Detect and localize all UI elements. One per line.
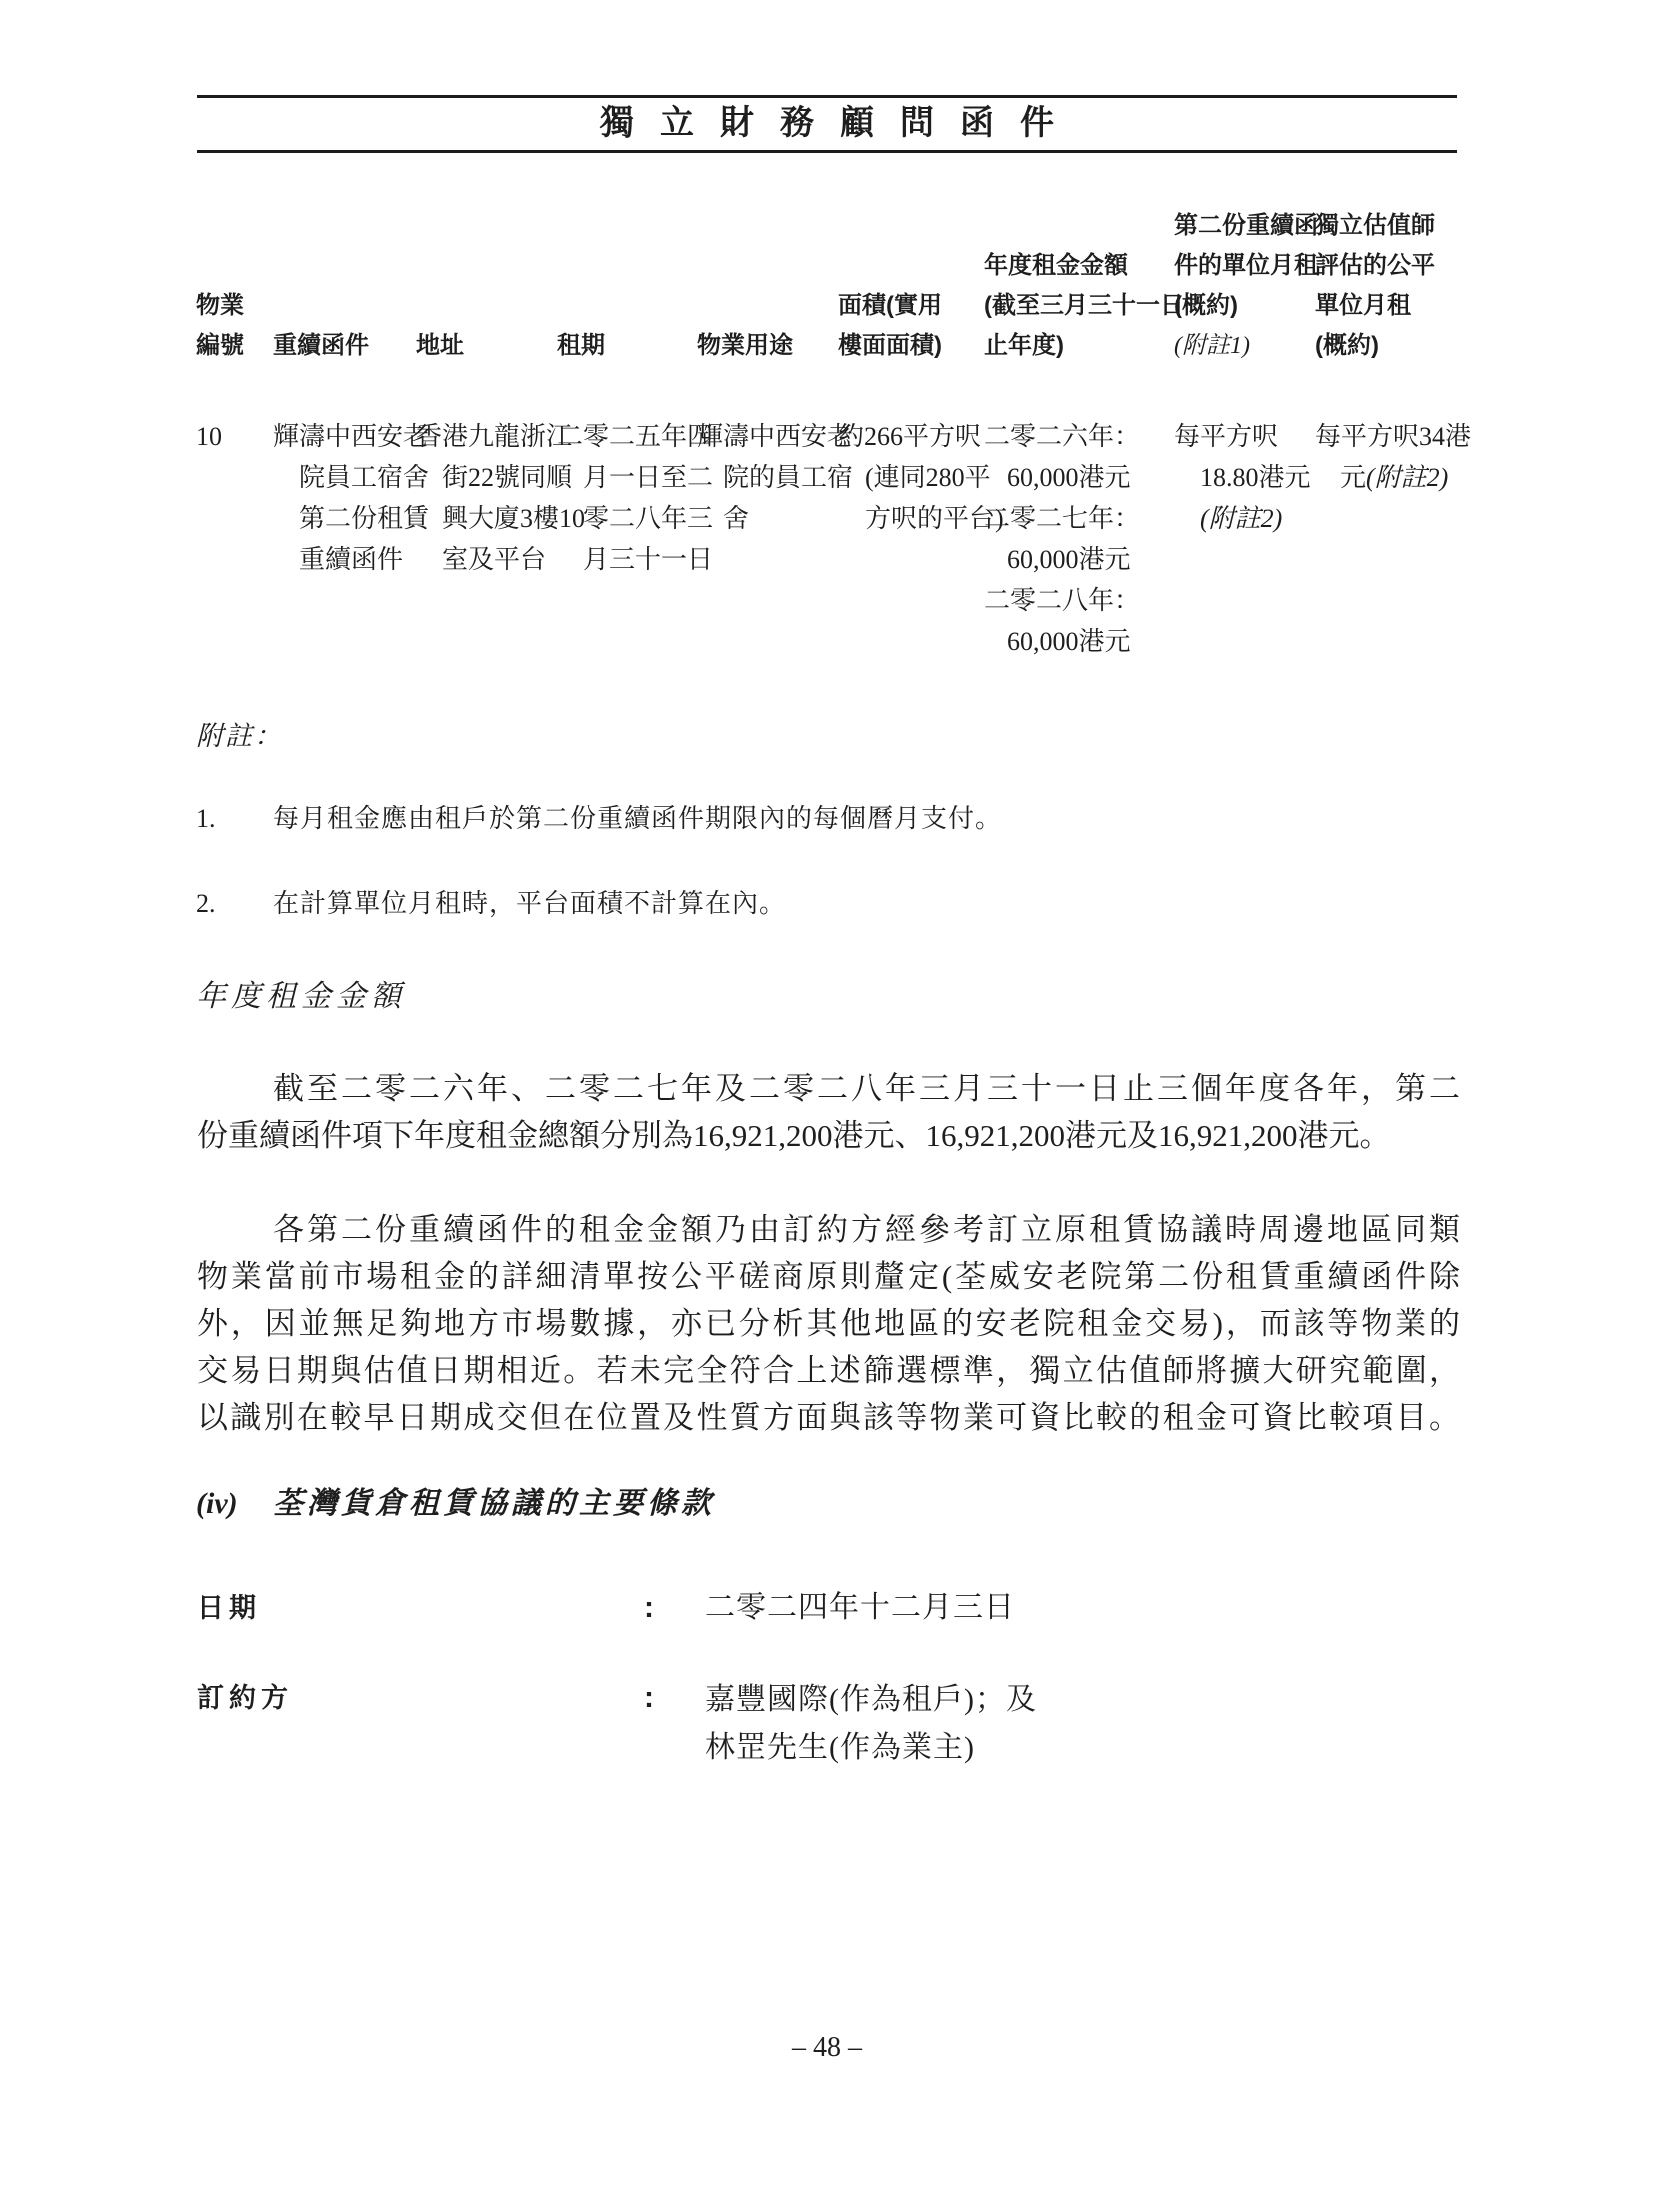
- table-header-term: 租期: [557, 326, 605, 366]
- table-cell-usage: 輝濤中西安老院的員工宿舍: [697, 416, 853, 539]
- paragraph-line: 物業當前市場租金的詳細清單按公平磋商原則釐定(荃威安老院第二份租賃重續函件除: [197, 1253, 1460, 1300]
- field-value-line: 嘉豐國際(作為租戶)；及: [705, 1676, 1037, 1724]
- table-cell-line: 方呎的平台): [838, 498, 1004, 539]
- table-header-property-no: 物業編號: [196, 286, 244, 366]
- table-header-line: 租期: [557, 326, 605, 366]
- table-header-line: 評估的公平: [1315, 246, 1435, 286]
- field-colon-date: :: [644, 1590, 654, 1626]
- table-header-line: 單位月租: [1315, 286, 1435, 326]
- table-header-line: 物業: [196, 286, 244, 326]
- table-header-line: 件的單位月租: [1174, 246, 1318, 286]
- field-label-parties: 訂約方: [197, 1680, 293, 1716]
- table-header-line: (附註1): [1174, 326, 1318, 366]
- header-rule-bottom: [197, 150, 1457, 153]
- table-cell-line: 輝濤中西安老: [273, 416, 429, 457]
- section-heading-warehouse-lease: 荃灣貨倉租賃協議的主要條款: [273, 1485, 715, 1523]
- table-cell-area: 約266平方呎(連同280平方呎的平台): [838, 416, 1004, 539]
- table-header-line: 地址: [416, 326, 464, 366]
- table-header-annual-rent: 年度租金金額(截至三月三十一日止年度): [984, 246, 1184, 366]
- table-cell-line: 60,000港元: [984, 621, 1140, 662]
- table-cell-line: 院的員工宿: [697, 457, 853, 498]
- table-header-line: 重續函件: [273, 326, 369, 366]
- table-header-line: 止年度): [984, 326, 1184, 366]
- table-cell-line: 院員工宿舍: [273, 457, 429, 498]
- table-cell-annual-rent: 二零二六年：60,000港元二零二七年：60,000港元二零二八年：60,000…: [984, 416, 1140, 662]
- table-cell-line: 18.80港元: [1174, 457, 1311, 498]
- table-cell-line: 舍: [697, 498, 853, 539]
- table-header-line: 物業用途: [697, 326, 793, 366]
- table-cell-line: 元(附註2): [1315, 457, 1471, 498]
- paragraph-line: 外，因並無足夠地方市場數據，亦已分析其他地區的安老院租金交易)，而該等物業的: [197, 1300, 1460, 1347]
- paragraph-line: 份重續函件項下年度租金總額分別為16,921,200港元、16,921,200港…: [197, 1112, 1460, 1159]
- table-cell-line: 零二八年三: [557, 498, 713, 539]
- note-2-reference: (附註2): [1366, 463, 1448, 492]
- table-cell-line: 月一日至二: [557, 457, 713, 498]
- table-header-usage: 物業用途: [697, 326, 793, 366]
- table-cell-line: 60,000港元: [984, 539, 1140, 580]
- table-cell-line: 二零二六年：: [984, 416, 1140, 457]
- paragraph-line: 截至二零二六年、二零二七年及二零二八年三月三十一日止三個年度各年，第二: [197, 1065, 1460, 1112]
- table-header-line: (概約): [1174, 286, 1318, 326]
- annual-rent-paragraph-2: 各第二份重續函件的租金金額乃由訂約方經參考訂立原租賃協議時周邊地區同類 物業當前…: [197, 1206, 1460, 1441]
- paragraph-line: 以識別在較早日期成交但在位置及性質方面與該等物業可資比較的租金可資比較項目。: [197, 1394, 1460, 1441]
- table-cell-line: 第二份租賃: [273, 498, 429, 539]
- table-header-line: (概約): [1315, 326, 1435, 366]
- table-cell-line: 二零二八年：: [984, 580, 1140, 621]
- field-value-date: 二零二四年十二月三日: [705, 1590, 1015, 1626]
- table-header-line: 第二份重續函: [1174, 206, 1318, 246]
- note-2-number: 2.: [196, 887, 216, 920]
- table-cell-unit-rent: 每平方呎18.80港元(附註2): [1174, 416, 1311, 539]
- table-cell-line: (附註2): [1174, 498, 1311, 539]
- table-cell-term: 二零二五年四月一日至二零二八年三月三十一日: [557, 416, 713, 580]
- section-heading-annual-rent: 年度租金金額: [196, 978, 406, 1016]
- table-cell-property-no: 10: [196, 416, 222, 457]
- table-cell-line: 每平方呎: [1174, 416, 1311, 457]
- table-cell-line: 重續函件: [273, 539, 429, 580]
- annual-rent-paragraph-1: 截至二零二六年、二零二七年及二零二八年三月三十一日止三個年度各年，第二 份重續函…: [197, 1065, 1460, 1159]
- section-number-iv: (iv): [196, 1485, 238, 1523]
- note-2-text: 在計算單位月租時，平台面積不計算在內。: [273, 887, 786, 920]
- table-cell-renewal-letter: 輝濤中西安老院員工宿舍第二份租賃重續函件: [273, 416, 429, 580]
- table-cell-line: 月三十一日: [557, 539, 713, 580]
- table-cell-line: 約266平方呎: [838, 416, 1004, 457]
- page-title: 獨立財務顧問函件: [197, 98, 1457, 148]
- note-1-text: 每月租金應由租戶於第二份重續函件期限內的每個曆月支付。: [273, 802, 1002, 835]
- table-header-address: 地址: [416, 326, 464, 366]
- table-cell-line: (連同280平: [838, 457, 1004, 498]
- paragraph-line: 交易日期與估值日期相近。若未完全符合上述篩選標準，獨立估值師將擴大研究範圍，: [197, 1347, 1460, 1394]
- notes-label: 附註：: [196, 719, 283, 753]
- table-header-unit-rent: 第二份重續函件的單位月租(概約)(附註1): [1174, 206, 1318, 366]
- field-colon-parties: :: [644, 1680, 654, 1716]
- table-cell-line: 每平方呎34港: [1315, 416, 1471, 457]
- table-header-line: (截至三月三十一日: [984, 286, 1184, 326]
- table-cell-line: 二零二七年：: [984, 498, 1140, 539]
- table-cell-line: 60,000港元: [984, 457, 1140, 498]
- page-number: – 48 –: [197, 2030, 1457, 2066]
- field-value-parties: 嘉豐國際(作為租戶)；及林罡先生(作為業主): [705, 1676, 1037, 1772]
- table-header-line: 樓面面積): [838, 326, 942, 366]
- table-header-line: 年度租金金額: [984, 246, 1184, 286]
- note-1-number: 1.: [196, 802, 216, 835]
- table-header-line: 編號: [196, 326, 244, 366]
- table-header-area: 面積(實用樓面面積): [838, 286, 942, 366]
- table-cell-line: 輝濤中西安老: [697, 416, 853, 457]
- table-cell-line: 10: [196, 416, 222, 457]
- table-cell-valuer-rent: 每平方呎34港 元(附註2): [1315, 416, 1471, 498]
- table-header-valuer-rent: 獨立估值師評估的公平單位月租(概約): [1315, 206, 1435, 366]
- paragraph-line: 各第二份重續函件的租金金額乃由訂約方經參考訂立原租賃協議時周邊地區同類: [197, 1206, 1460, 1253]
- document-page: { "page": { "title": "獨立財務顧問函件", "number…: [0, 0, 1654, 2205]
- valuer-rent-unit: 元: [1340, 463, 1366, 492]
- table-header-line: 面積(實用: [838, 286, 942, 326]
- table-cell-line: 二零二五年四: [557, 416, 713, 457]
- field-value-line: 林罡先生(作為業主): [705, 1724, 1037, 1772]
- table-header-renewal-letter: 重續函件: [273, 326, 369, 366]
- table-header-line: 獨立估值師: [1315, 206, 1435, 246]
- field-label-date: 日期: [197, 1590, 261, 1626]
